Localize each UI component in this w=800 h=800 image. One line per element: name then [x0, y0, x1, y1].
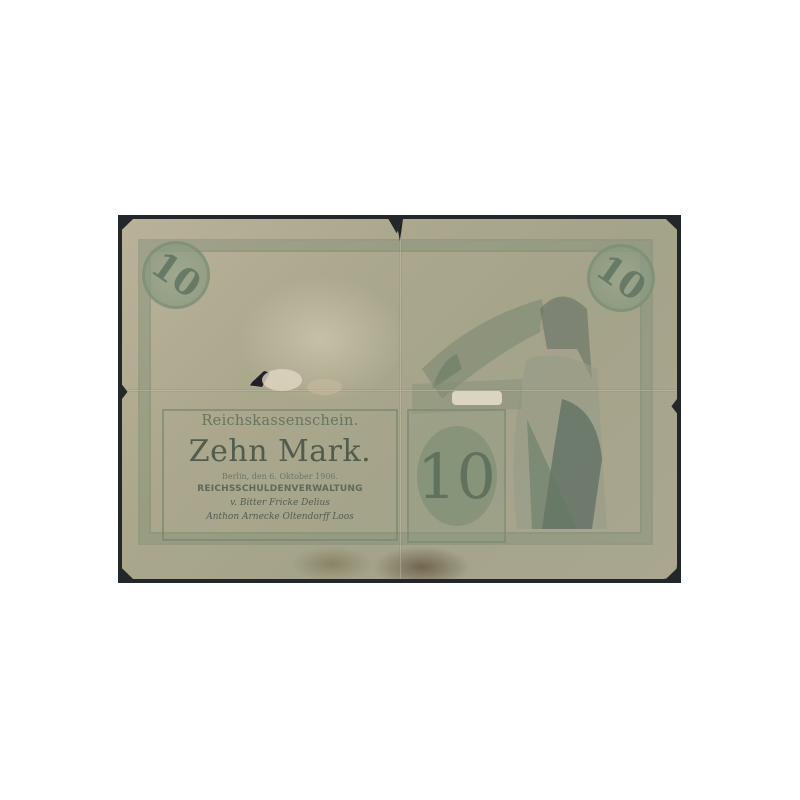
denomination-numeral-large: 10: [417, 440, 496, 513]
denomination-oval: 10: [417, 426, 497, 526]
note-title: Zehn Mark.: [164, 436, 396, 468]
paper-damage: [452, 391, 502, 405]
issuing-authority: REICHSSCHULDENVERWALTUNG: [164, 484, 396, 494]
paper-damage: [262, 369, 302, 391]
paper-damage: [307, 379, 342, 395]
text-panel: Reichskassenschein. Zehn Mark. Berlin, d…: [162, 409, 398, 541]
fold-line-vertical: [399, 219, 402, 579]
denomination-cartouche: 10: [407, 409, 506, 543]
denomination-numeral: 10: [143, 243, 208, 306]
banknote: 10 10 Reichskassenschein. Zehn Mark. Ber…: [122, 219, 677, 579]
fold-line-horizontal: [122, 389, 677, 392]
issue-date: Berlin, den 6. Oktober 1906.: [164, 472, 396, 481]
signature-line-1: v. Bitter Fricke Delius: [164, 498, 396, 508]
signature-line-2: Anthon Arnecke Oltendorff Loos: [164, 512, 396, 522]
note-header: Reichskassenschein.: [164, 413, 396, 429]
